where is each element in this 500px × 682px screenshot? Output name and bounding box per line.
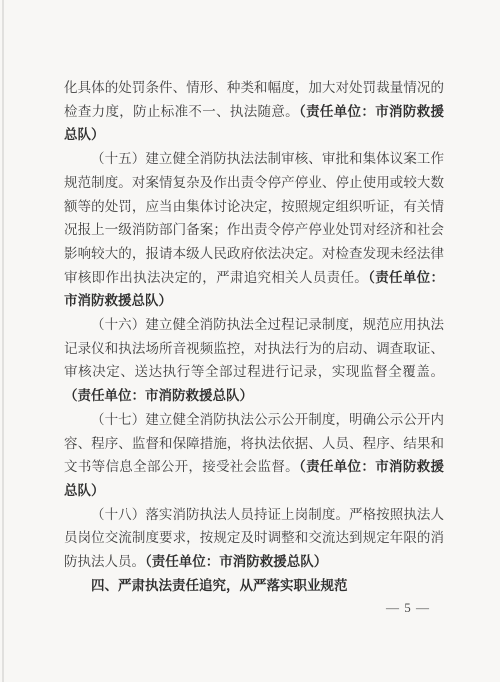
body-text: （十五）建立健全消防执法法制审核、审批和集体议案工作规范制度。对案情复杂及作出责…	[64, 151, 444, 285]
responsible-unit-text: （责任单位：市消防救援总队）	[145, 554, 327, 569]
para-continuation: 化具体的处罚条件、情形、种类和幅度，加大对处罚裁量情况的检查力度，防止标准不一、…	[64, 76, 444, 147]
responsible-unit-text: （责任单位：市消防救援总队）	[64, 388, 253, 403]
document-page: 化具体的处罚条件、情形、种类和幅度，加大对处罚裁量情况的检查力度，防止标准不一、…	[0, 0, 500, 682]
para-item-17: （十七）建立健全消防执法公示公开制度，明确公示公开内容、程序、监督和保障措施，将…	[64, 408, 444, 503]
para-item-18: （十八）落实消防执法人员持证上岗制度。严格按照执法人员岗位交流制度要求，按规定及…	[64, 503, 444, 574]
responsible-unit-text: 四、严肃执法责任追究，从严落实职业规范	[91, 578, 348, 593]
heading-section-4: 四、严肃执法责任追究，从严落实职业规范	[64, 574, 444, 598]
body-text: （十六）建立健全消防执法全过程记录制度，规范应用执法记录仪和执法场所音视频监控，…	[64, 317, 444, 379]
scan-edge-artifact	[2, 0, 4, 682]
page-number: — 5 —	[386, 599, 430, 617]
para-item-16: （十六）建立健全消防执法全过程记录制度，规范应用执法记录仪和执法场所音视频监控，…	[64, 313, 444, 408]
text-block: 化具体的处罚条件、情形、种类和幅度，加大对处罚裁量情况的检查力度，防止标准不一、…	[64, 76, 444, 597]
para-item-15: （十五）建立健全消防执法法制审核、审批和集体议案工作规范制度。对案情复杂及作出责…	[64, 147, 444, 313]
